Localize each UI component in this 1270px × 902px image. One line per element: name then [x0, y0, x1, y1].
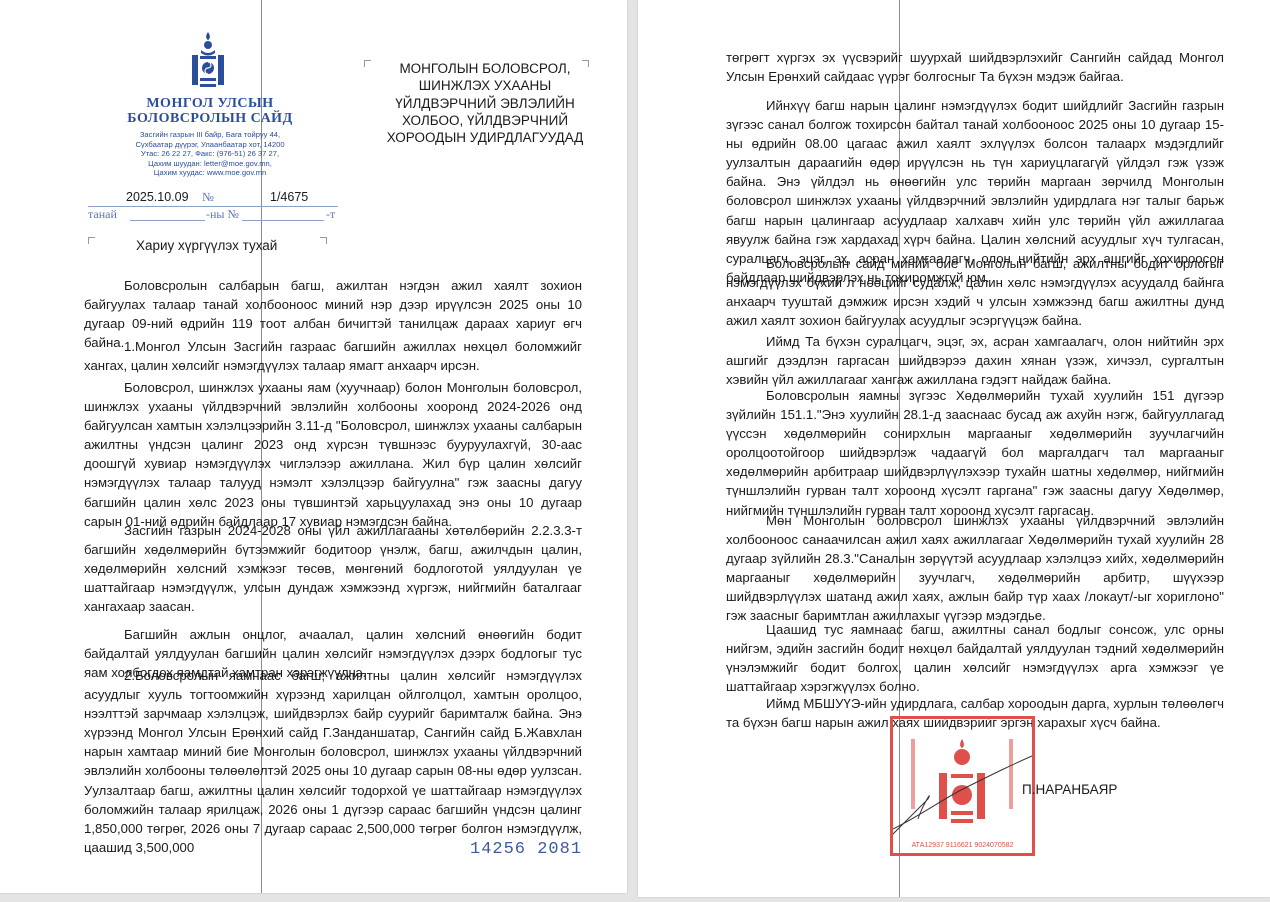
- website: Цахим хуудас: www.moe.gov.mn: [100, 168, 320, 178]
- org-name: МОНГОЛ УЛСЫН БОЛОВСРОЛЫН САЙД: [100, 96, 320, 126]
- email: Цахим шуудан: letter@moe.gov.mn,: [100, 159, 320, 169]
- org-name-line2: БОЛОВСРОЛЫН САЙД: [100, 111, 320, 126]
- body-paragraph: Боловсролын яамны зүгээс Хөдөлмөрийн тух…: [726, 386, 1224, 520]
- letter-page-1: МОНГОЛ УЛСЫН БОЛОВСРОЛЫН САЙД Засгийн га…: [0, 0, 627, 893]
- body-paragraph: төгрөгт хүргэх эх үүсвэрийг шуурхай шийд…: [726, 48, 1224, 86]
- letter-date: 2025.10.09: [126, 190, 189, 204]
- ny-label: -ны №: [206, 207, 239, 222]
- t-suffix: -т: [326, 207, 335, 222]
- body-paragraph: 2.Боловсролын яамнаас багш, ажилтны цали…: [84, 666, 582, 857]
- your-reference-row: танай -ны № -т: [88, 207, 338, 223]
- addressee-line: ШИНЖЛЭХ УХААНЫ: [370, 77, 600, 94]
- addressee: МОНГОЛЫН БОЛОВСРОЛ, ШИНЖЛЭХ УХААНЫ ҮЙЛДВ…: [370, 60, 600, 146]
- body-paragraph: Мөн Монголын боловсрол шинжлэх ухааны үй…: [726, 511, 1224, 626]
- seal-number: АТА12937 9116621 9024070582: [893, 842, 1032, 849]
- blank-line: [242, 220, 324, 221]
- body-paragraph: Засгийн газрын 2024-2028 оны үйл ажиллаг…: [84, 521, 582, 616]
- body-paragraph: Боловсролын сайд миний бие Монголын багш…: [726, 254, 1224, 330]
- subject-line: Хариу хүргүүлэх тухай: [136, 238, 277, 253]
- body-paragraph: 1.Монгол Улсын Засгийн газраас багшийн а…: [84, 337, 582, 375]
- corner-mark: [320, 237, 327, 244]
- body-paragraph: Цаашид тус яамнаас багш, ажилтны санал б…: [726, 620, 1224, 696]
- address-line: Засгийн газрын III байр, Бага тойруу 44,: [100, 130, 320, 140]
- addressee-line: ХОЛБОО, ҮЙЛДВЭРЧНИЙ: [370, 112, 600, 129]
- signer-name: П.НАРАНБАЯР: [1022, 782, 1117, 797]
- body-paragraph: Иймд Та бүхэн суралцагч, эцэг, эх, асран…: [726, 332, 1224, 389]
- addressee-line: ХОРООДЫН УДИРДЛАГУУДАД: [370, 129, 600, 146]
- addressee-line: ҮЙЛДВЭРЧНИЙ ЭВЛЭЛИЙН: [370, 95, 600, 112]
- seal-emblem-icon: [893, 719, 1032, 839]
- corner-mark: [88, 237, 95, 244]
- letter-number: 1/4675: [270, 190, 308, 204]
- address-line: Сүхбаатар дүүрэг, Улаанбаатар хот, 14200: [100, 140, 320, 150]
- phone-fax: Утас: 26 22 27, Факс: (976-51) 26 37 27,: [100, 149, 320, 159]
- number-sign: №: [202, 190, 214, 205]
- serial-stamp: 14256 2081: [470, 840, 582, 859]
- official-seal: АТА12937 9116621 9024070582: [890, 716, 1035, 856]
- org-address: Засгийн газрын III байр, Бага тойруу 44,…: [100, 130, 320, 178]
- soyombo-emblem-icon: [190, 32, 226, 92]
- addressee-line: МОНГОЛЫН БОЛОВСРОЛ,: [370, 60, 600, 77]
- your-label: танай: [88, 207, 117, 222]
- org-name-line1: МОНГОЛ УЛСЫН: [100, 96, 320, 111]
- blank-line: [130, 220, 205, 221]
- body-paragraph: Боловсрол, шинжлэх ухааны яам (хуучнаар)…: [84, 378, 582, 531]
- reference-row: 2025.10.09 № 1/4675: [88, 190, 338, 207]
